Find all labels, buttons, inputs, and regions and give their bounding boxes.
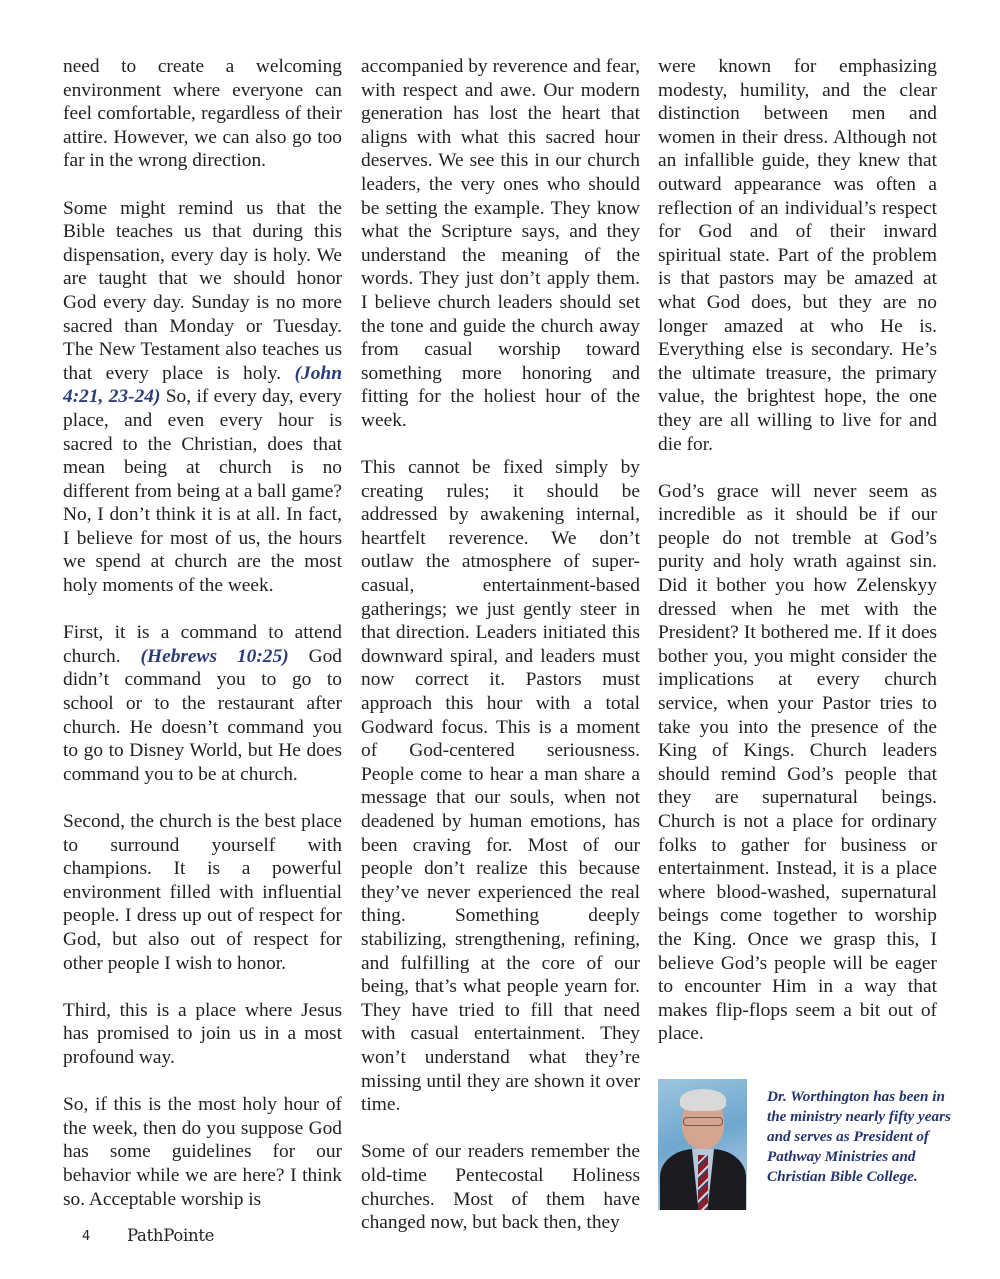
article-paragraph: need to create a welcoming environment w… (63, 55, 342, 173)
magazine-page: need to create a welcoming environment w… (0, 0, 1000, 1279)
article-paragraph: So, if this is the most holy hour of the… (63, 1093, 342, 1211)
paragraph-text: Some of our readers remember the old-tim… (361, 1141, 640, 1233)
paragraph-text: Third, this is a place where Jesus has p… (63, 1000, 342, 1068)
article-paragraph: Some of our readers remember the old-tim… (361, 1140, 640, 1234)
page-number: 4 (82, 1229, 90, 1244)
paragraph-text: were known for emphasizing modesty, humi… (658, 56, 937, 455)
article-paragraph: Second, the church is the best place to … (63, 810, 342, 975)
author-bio-caption: Dr. Worthington has been in the ministry… (767, 1087, 952, 1187)
article-paragraph: God’s grace will never seem as incredibl… (658, 480, 937, 1046)
paragraph-text: This cannot be fixed simply by creating … (361, 457, 640, 1115)
article-paragraph: Third, this is a place where Jesus has p… (63, 999, 342, 1070)
publication-name: PathPointe (127, 1226, 214, 1245)
article-column-1: need to create a welcoming environment w… (63, 55, 342, 1235)
article-paragraph: This cannot be fixed simply by creating … (361, 456, 640, 1117)
paragraph-text: Second, the church is the best place to … (63, 811, 342, 974)
paragraph-text: God’s grace will never seem as incredibl… (658, 481, 937, 1045)
scripture-citation: (Hebrews 10:25) (141, 646, 289, 667)
paragraph-text: So, if every day, every place, and even … (63, 386, 342, 596)
author-photo (658, 1079, 747, 1210)
article-paragraph: First, it is a command to attend church.… (63, 621, 342, 786)
author-bio: Dr. Worthington has been in the ministry… (658, 1079, 948, 1211)
article-paragraph: were known for emphasizing modesty, humi… (658, 55, 937, 456)
paragraph-text: need to create a welcoming environment w… (63, 56, 342, 171)
article-column-2: accompanied by reverence and fear, with … (361, 55, 640, 1258)
article-paragraph: Some might remind us that the Bible teac… (63, 197, 342, 598)
paragraph-text: So, if this is the most holy hour of the… (63, 1094, 342, 1209)
paragraph-text: accompanied by reverence and fear, with … (361, 56, 640, 431)
article-column-3: were known for emphasizing modesty, humi… (658, 55, 937, 1070)
paragraph-text: Some might remind us that the Bible teac… (63, 198, 342, 384)
article-paragraph: accompanied by reverence and fear, with … (361, 55, 640, 433)
